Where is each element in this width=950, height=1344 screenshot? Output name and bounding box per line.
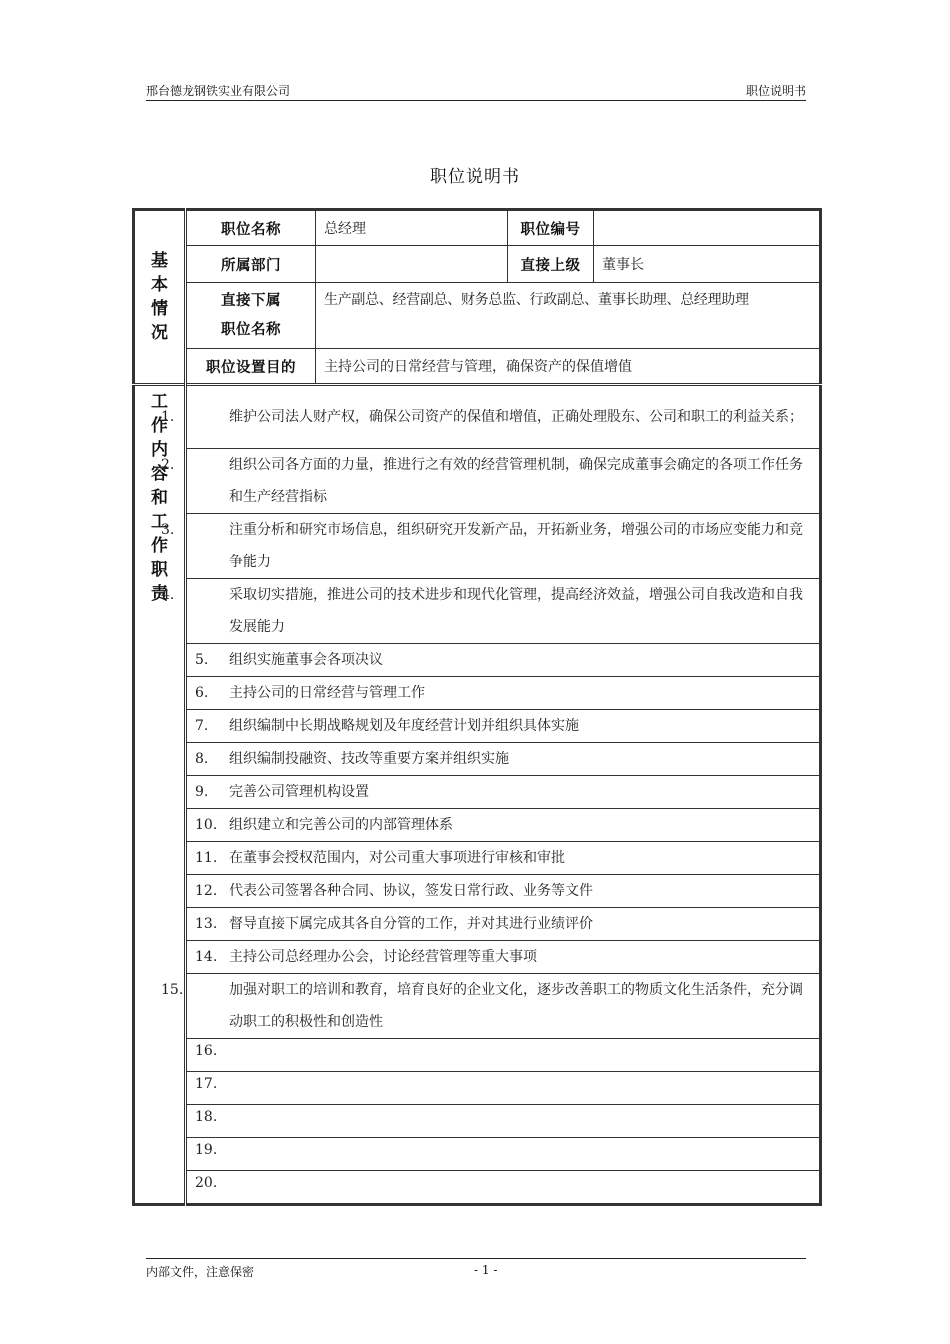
duty-item-1: 1.维护公司法人财产权，确保公司资产的保值和增值，正确处理股东、公司和职工的利益… (186, 385, 821, 449)
duty-row: 4.采取切实措施，推进公司的技术进步和现代化管理，提高经济效益，增强公司自我改造… (134, 579, 821, 644)
duty-item-4: 4.采取切实措施，推进公司的技术进步和现代化管理，提高经济效益，增强公司自我改造… (186, 579, 821, 644)
confidential-notice: 内部文件，注意保密 (146, 1263, 254, 1280)
duty-item-6: 6.主持公司的日常经营与管理工作 (186, 677, 821, 710)
duty-item-19: 19. (186, 1138, 821, 1171)
position-code-value (594, 210, 821, 246)
page-footer: 内部文件，注意保密 - 1 - (146, 1258, 806, 1279)
purpose-value: 主持公司的日常经营与管理，确保资产的保值增值 (316, 349, 821, 385)
duty-row: 8.组织编制投融资、技改等重要方案并组织实施 (134, 743, 821, 776)
document-title: 职位说明书 (0, 162, 950, 187)
row-department: 所属部门 直接上级 董事长 (134, 246, 821, 283)
duty-row: 2.组织公司各方面的力量，推进行之有效的经营管理机制，确保完成董事会确定的各项工… (134, 449, 821, 514)
duty-row: 20. (134, 1171, 821, 1205)
duty-row: 12.代表公司签署各种合同、协议，签发日常行政、业务等文件 (134, 875, 821, 908)
duty-row: 13.督导直接下属完成其各自分管的工作，并对其进行业绩评价 (134, 908, 821, 941)
duty-row: 3.注重分析和研究市场信息，组织研究开发新产品，开拓新业务，增强公司的市场应变能… (134, 514, 821, 579)
direct-superior-value: 董事长 (594, 246, 821, 283)
duty-item-8: 8.组织编制投融资、技改等重要方案并组织实施 (186, 743, 821, 776)
subordinates-label: 直接下属 职位名称 (186, 283, 316, 349)
department-value (316, 246, 508, 283)
duty-row: 14.主持公司总经理办公会，讨论经营管理等重大事项 (134, 941, 821, 974)
duty-item-5: 5.组织实施董事会各项决议 (186, 644, 821, 677)
duty-item-9: 9.完善公司管理机构设置 (186, 776, 821, 809)
duty-item-11: 11.在董事会授权范围内，对公司重大事项进行审核和审批 (186, 842, 821, 875)
company-name: 邢台德龙钢铁实业有限公司 (146, 82, 290, 99)
duty-row: 19. (134, 1138, 821, 1171)
duty-item-17: 17. (186, 1072, 821, 1105)
duty-item-7: 7.组织编制中长期战略规划及年度经营计划并组织具体实施 (186, 710, 821, 743)
duty-row: 10.组织建立和完善公司的内部管理体系 (134, 809, 821, 842)
position-name-label: 职位名称 (186, 210, 316, 246)
duty-item-12: 12.代表公司签署各种合同、协议，签发日常行政、业务等文件 (186, 875, 821, 908)
row-subordinates: 直接下属 职位名称 生产副总、经营副总、财务总监、行政副总、董事长助理、总经理助… (134, 283, 821, 349)
header-doc-type: 职位说明书 (746, 82, 806, 99)
duty-item-14: 14.主持公司总经理办公会，讨论经营管理等重大事项 (186, 941, 821, 974)
page-header: 邢台德龙钢铁实业有限公司 职位说明书 (146, 80, 806, 101)
duty-item-18: 18. (186, 1105, 821, 1138)
duty-item-13: 13.督导直接下属完成其各自分管的工作，并对其进行业绩评价 (186, 908, 821, 941)
duty-item-16: 16. (186, 1039, 821, 1072)
duty-item-3: 3.注重分析和研究市场信息，组织研究开发新产品，开拓新业务，增强公司的市场应变能… (186, 514, 821, 579)
subordinates-value: 生产副总、经营副总、财务总监、行政副总、董事长助理、总经理助理 (316, 283, 821, 349)
duty-row: 18. (134, 1105, 821, 1138)
duty-row: 17. (134, 1072, 821, 1105)
duty-item-2: 2.组织公司各方面的力量，推进行之有效的经营管理机制，确保完成董事会确定的各项工… (186, 449, 821, 514)
position-name-value: 总经理 (316, 210, 508, 246)
section-label-duties: 工 作 内 容 和 工 作 职 责 (134, 385, 186, 1205)
purpose-label: 职位设置目的 (186, 349, 316, 385)
duty-row: 5.组织实施董事会各项决议 (134, 644, 821, 677)
position-code-label: 职位编号 (508, 210, 594, 246)
direct-superior-label: 直接上级 (508, 246, 594, 283)
duty-item-10: 10.组织建立和完善公司的内部管理体系 (186, 809, 821, 842)
row-purpose: 职位设置目的 主持公司的日常经营与管理，确保资产的保值增值 (134, 349, 821, 385)
department-label: 所属部门 (186, 246, 316, 283)
section-label-basic-info: 基 本 情 况 (134, 210, 186, 385)
duty-row: 11.在董事会授权范围内，对公司重大事项进行审核和审批 (134, 842, 821, 875)
duty-item-20: 20. (186, 1171, 821, 1205)
page-number: - 1 - (474, 1263, 497, 1277)
duty-row: 7.组织编制中长期战略规划及年度经营计划并组织具体实施 (134, 710, 821, 743)
row-position-name: 基 本 情 况 职位名称 总经理 职位编号 (134, 210, 821, 246)
duty-item-15: 15.加强对职工的培训和教育，培育良好的企业文化，逐步改善职工的物质文化生活条件… (186, 974, 821, 1039)
job-description-table: 基 本 情 况 职位名称 总经理 职位编号 所属部门 直接上级 董事长 直接下属… (132, 208, 822, 1206)
duty-row: 15.加强对职工的培训和教育，培育良好的企业文化，逐步改善职工的物质文化生活条件… (134, 974, 821, 1039)
duty-row: 16. (134, 1039, 821, 1072)
duty-row: 9.完善公司管理机构设置 (134, 776, 821, 809)
duty-row: 6.主持公司的日常经营与管理工作 (134, 677, 821, 710)
duty-row: 工 作 内 容 和 工 作 职 责 1.维护公司法人财产权，确保公司资产的保值和… (134, 385, 821, 449)
